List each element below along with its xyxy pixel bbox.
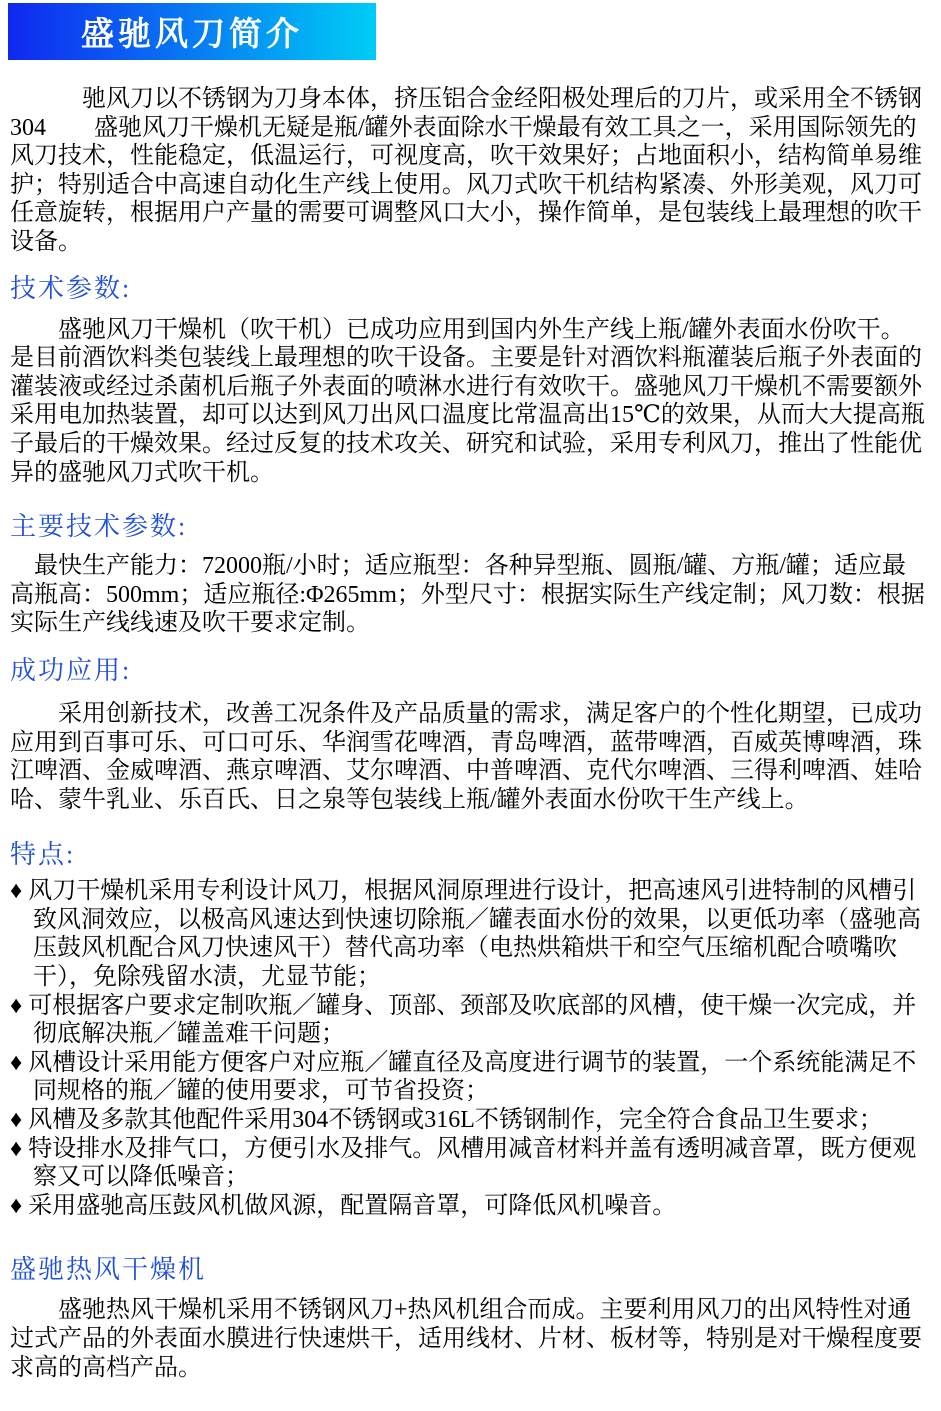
text-line: 盛驰风刀干燥机（吹干机）已成功应用到国内外生产线上瓶/罐外表面水份吹干。 [10, 316, 931, 345]
paragraph: 盛驰热风干燥机采用不锈钢风刀+热风机组合而成。主要利用风刀的出风特性对通过式产品… [10, 1296, 931, 1382]
feature-bullet: ♦ 风槽及多款其他配件采用304不锈钢或316L不锈钢制作，完全符合食品卫生要求… [10, 1106, 931, 1135]
bullet-line-first: ♦ 采用盛驰高压鼓风机做风源，配置隔音罩，可降低风机噪音。 [10, 1192, 931, 1221]
paragraph: 驰风刀以不锈钢为刀身本体，挤压铝合金经阳极处理后的刀片，或采用全不锈钢304 盛… [10, 85, 931, 257]
bullet-line: 干），免除残留水渍，尤显节能； [10, 963, 931, 992]
text-line: 最快生产能力：72000瓶/小时；适应瓶型：各种异型瓶、圆瓶/罐、方瓶/罐；适应… [10, 552, 931, 581]
section-tech-params: 技术参数: 盛驰风刀干燥机（吹干机）已成功应用到国内外生产线上瓶/罐外表面水份吹… [10, 273, 931, 488]
text-line: 应用到百事可乐、可口可乐、华润雪花啤酒，青岛啤酒，蓝带啤酒，百威英博啤酒，珠 [10, 729, 931, 758]
text-line: 采用创新技术，改善工况条件及产品质量的需求，满足客户的个性化期望，已成功 [10, 700, 931, 729]
text-line: 哈、蒙牛乳业、乐百氏、日之泉等包装线上瓶/罐外表面水份吹干生产线上。 [10, 786, 931, 815]
section-heading-main-tech-params: 主要技术参数: [10, 511, 931, 543]
title-banner: 盛驰风刀简介 [8, 3, 376, 60]
bullet-line: 同规格的瓶／罐的使用要求，可节省投资； [10, 1077, 931, 1106]
section-heading-features: 特点: [10, 839, 931, 871]
text-line: 高瓶高：500mm；适应瓶径:Φ265mm；外型尺寸：根据实际生产线定制；风刀数… [10, 581, 931, 610]
text-line: 驰风刀以不锈钢为刀身本体，挤压铝合金经阳极处理后的刀片，或采用全不锈钢 [10, 85, 931, 114]
text-line: 304 盛驰风刀干燥机无疑是瓶/罐外表面除水干燥最有效工具之一，采用国际领先的 [10, 114, 931, 143]
text-line: 盛驰热风干燥机采用不锈钢风刀+热风机组合而成。主要利用风刀的出风特性对通 [10, 1296, 931, 1325]
text-line: 是目前酒饮料类包装线上最理想的吹干设备。主要是针对酒饮料瓶灌装后瓶子外表面的 [10, 344, 931, 373]
bullet-line-first: ♦ 风槽设计采用能方便客户对应瓶／罐直径及高度进行调节的装置，一个系统能满足不 [10, 1049, 931, 1078]
bullet-line: 彻底解决瓶／罐盖难干问题； [10, 1020, 931, 1049]
text-line: 异的盛驰风刀式吹干机。 [10, 459, 931, 488]
text-line: 护；特别适合中高速自动化生产线上使用。风刀式吹干机结构紧凑、外形美观，风刀可 [10, 171, 931, 200]
feature-bullet: ♦ 特设排水及排气口，方便引水及排气。风槽用减音材料并盖有透明减音罩，既方便观察… [10, 1135, 931, 1192]
bullet-line-first: ♦ 风槽及多款其他配件采用304不锈钢或316L不锈钢制作，完全符合食品卫生要求… [10, 1106, 931, 1135]
text-line: 采用电加热装置，却可以达到风刀出风口温度比常温高出15℃的效果，从而大大提高瓶 [10, 401, 931, 430]
section-heading-hot-air-dryer: 盛驰热风干燥机 [10, 1254, 931, 1286]
section-features: 特点:♦ 风刀干燥机采用专利设计风刀，根据风洞原理进行设计，把高速风引进特制的风… [10, 839, 931, 1220]
text-line: 求高的高档产品。 [10, 1354, 931, 1383]
section-heading-applications: 成功应用: [10, 655, 931, 687]
paragraph: 采用创新技术，改善工况条件及产品质量的需求，满足客户的个性化期望，已成功应用到百… [10, 700, 931, 814]
bullet-line: 致风洞效应，以极高风速达到快速切除瓶／罐表面水份的效果，以更低功率（盛驰高 [10, 906, 931, 935]
text-line: 实际生产线线速及吹干要求定制。 [10, 609, 931, 638]
feature-bullet: ♦ 采用盛驰高压鼓风机做风源，配置隔音罩，可降低风机噪音。 [10, 1192, 931, 1221]
section-intro: 驰风刀以不锈钢为刀身本体，挤压铝合金经阳极处理后的刀片，或采用全不锈钢304 盛… [10, 85, 931, 257]
bullet-line: 察又可以降低噪音； [10, 1163, 931, 1192]
bullet-line-first: ♦ 特设排水及排气口，方便引水及排气。风槽用减音材料并盖有透明减音罩，既方便观 [10, 1135, 931, 1164]
text-line: 子最后的干燥效果。经过反复的技术攻关、研究和试验，采用专利风刀，推出了性能优 [10, 430, 931, 459]
section-applications: 成功应用: 采用创新技术，改善工况条件及产品质量的需求，满足客户的个性化期望，已… [10, 655, 931, 814]
text-line: 任意旋转，根据用户产量的需要可调整风口大小，操作简单，是包装线上最理想的吹干 [10, 199, 931, 228]
text-line: 设备。 [10, 228, 931, 257]
bullet-line-first: ♦ 风刀干燥机采用专利设计风刀，根据风洞原理进行设计，把高速风引进特制的风槽引 [10, 877, 931, 906]
text-line: 过式产品的外表面水膜进行快速烘干，适用线材、片材、板材等，特别是对干燥程度要 [10, 1325, 931, 1354]
paragraph: 盛驰风刀干燥机（吹干机）已成功应用到国内外生产线上瓶/罐外表面水份吹干。是目前酒… [10, 316, 931, 488]
feature-bullet: ♦ 风槽设计采用能方便客户对应瓶／罐直径及高度进行调节的装置，一个系统能满足不同… [10, 1049, 931, 1106]
paragraph: 最快生产能力：72000瓶/小时；适应瓶型：各种异型瓶、圆瓶/罐、方瓶/罐；适应… [10, 552, 931, 638]
document-content: 驰风刀以不锈钢为刀身本体，挤压铝合金经阳极处理后的刀片，或采用全不锈钢304 盛… [0, 85, 941, 1382]
bullet-line: 压鼓风机配合风刀快速风干）替代高功率（电热烘箱烘干和空气压缩机配合喷嘴吹 [10, 934, 931, 963]
document-page: 盛驰风刀简介 驰风刀以不锈钢为刀身本体，挤压铝合金经阳极处理后的刀片，或采用全不… [0, 0, 941, 1411]
feature-bullet: ♦ 可根据客户要求定制吹瓶／罐身、顶部、颈部及吹底部的风槽，使干燥一次完成，并彻… [10, 992, 931, 1049]
section-main-tech-params: 主要技术参数: 最快生产能力：72000瓶/小时；适应瓶型：各种异型瓶、圆瓶/罐… [10, 511, 931, 638]
section-hot-air-dryer: 盛驰热风干燥机 盛驰热风干燥机采用不锈钢风刀+热风机组合而成。主要利用风刀的出风… [10, 1254, 931, 1382]
bullet-line-first: ♦ 可根据客户要求定制吹瓶／罐身、顶部、颈部及吹底部的风槽，使干燥一次完成，并 [10, 992, 931, 1021]
page-title: 盛驰风刀简介 [81, 8, 303, 55]
text-line: 风刀技术，性能稳定，低温运行，可视度高，吹干效果好；占地面积小，结构简单易维 [10, 142, 931, 171]
text-line: 江啤酒、金威啤酒、燕京啤酒、艾尔啤酒、中普啤酒、克代尔啤酒、三得利啤酒、娃哈 [10, 757, 931, 786]
feature-bullet: ♦ 风刀干燥机采用专利设计风刀，根据风洞原理进行设计，把高速风引进特制的风槽引致… [10, 877, 931, 991]
text-line: 灌装液或经过杀菌机后瓶子外表面的喷淋水进行有效吹干。盛驰风刀干燥机不需要额外 [10, 373, 931, 402]
section-heading-tech-params: 技术参数: [10, 273, 931, 305]
